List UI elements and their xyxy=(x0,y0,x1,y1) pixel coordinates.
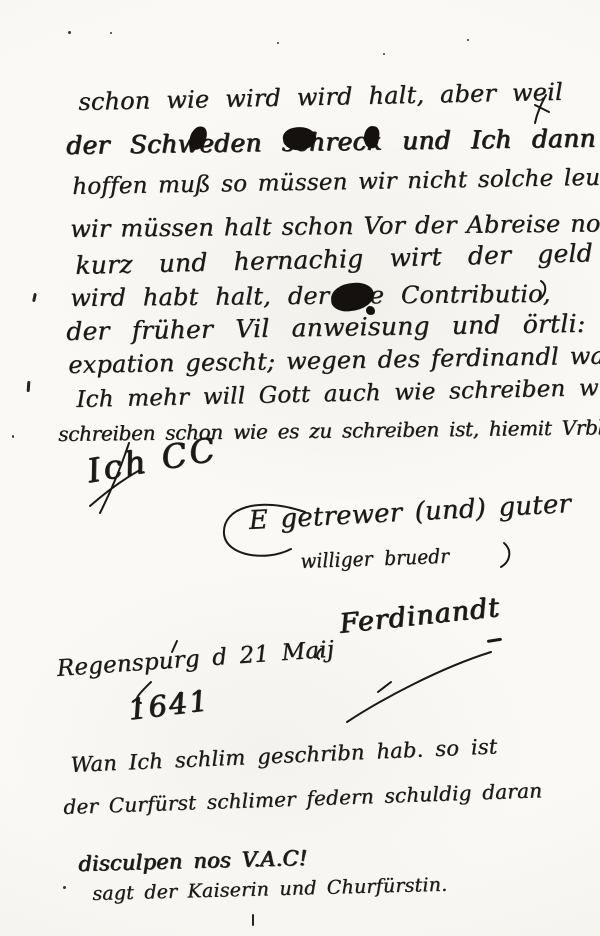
body-line-6: wird habt halt, der die Contributio, xyxy=(70,280,551,312)
body-line-3: hoffen muß so müssen wir nicht solche le… xyxy=(72,164,600,200)
signature-text: Ferdinandt xyxy=(338,592,501,640)
dateline-year: 1641 xyxy=(126,683,211,727)
ink-speck xyxy=(252,914,254,926)
postscript-line-3: disculpen nos V.A.C! xyxy=(78,846,308,876)
ink-speck xyxy=(277,42,279,44)
ink-speck xyxy=(383,53,385,55)
signature-dash-stroke xyxy=(487,638,502,643)
signature-flourish xyxy=(347,652,491,722)
dateline-place: Regenspurg d 21 Maij xyxy=(56,637,335,682)
valediction-line-1: E getrewer (und) guter xyxy=(248,489,572,536)
letter-page: schon wie wird wird halt, aber weil der … xyxy=(0,0,600,936)
ink-speck xyxy=(63,886,66,889)
postscript-line-2: der Curfürst schlimer federn schuldig da… xyxy=(63,778,543,819)
valediction-end-curl xyxy=(501,543,509,567)
body-line-4: wir müssen halt schon Vor der Abreise no… xyxy=(70,209,600,243)
body-line-8: expation gescht; wegen des ferdinandl wa… xyxy=(68,341,600,379)
ink-speck xyxy=(110,32,112,34)
postscript-line-1: Wan Ich schlim geschribn hab. so ist xyxy=(70,734,498,777)
ink-speck xyxy=(12,435,14,438)
ink-speck xyxy=(467,39,469,41)
postscript-line-4: sagt der Kaiserin und Churfürstin. xyxy=(92,874,448,905)
margin-mark xyxy=(27,381,31,392)
body-line-7: der früher Vil anweisung und örtli: xyxy=(66,309,586,346)
body-line-1: schon wie wird wird halt, aber weil xyxy=(78,78,563,116)
body-line-5: kurz und hernachig wirt der geld xyxy=(75,238,593,280)
body-line-9: Ich mehr will Gott auch wie schreiben wi… xyxy=(76,375,600,413)
ink-blot xyxy=(366,306,375,315)
ink-speck xyxy=(68,31,71,34)
valediction-line-2: williger bruedr xyxy=(300,544,450,573)
margin-mark xyxy=(32,293,37,302)
body-line-2: der Schweden schreck und Ich dann xyxy=(66,124,596,160)
